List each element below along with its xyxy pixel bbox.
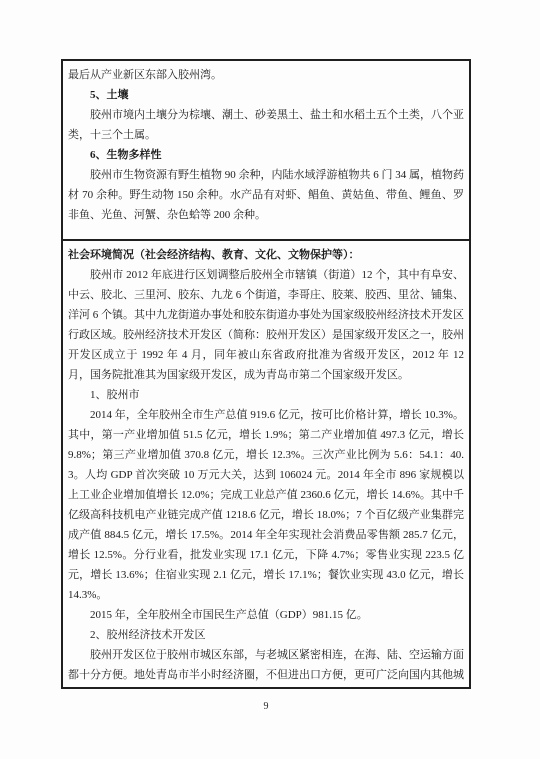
paragraph: 2014 年，全年胶州全市生产总值 919.6 亿元，按可比价格计算，增长 10…: [68, 405, 464, 605]
paragraph: 胶州市 2012 年底进行区划调整后胶州全市辖镇（街道）12 个，其中有阜安、中…: [68, 265, 464, 385]
paragraph: 最后从产业新区东部入胶州湾。: [68, 65, 464, 85]
paragraph: 2015 年，全年胶州全市国民生产总值（GDP）981.15 亿。: [68, 605, 464, 625]
paragraph: 胶州开发区位于胶州市城区东部，与老城区紧密相连，在海、陆、空运输方面都十分方便。…: [68, 645, 464, 687]
section-heading: 6、生物多样性: [68, 145, 464, 165]
page-number: 9: [61, 700, 471, 714]
natural-environment-cell: 最后从产业新区东部入胶州湾。5、土壤胶州市境内土壤分为棕壤、潮土、砂姜黑土、盐土…: [63, 61, 469, 241]
paragraph: 胶州市境内土壤分为棕壤、潮土、砂姜黑土、盐土和水稻土五个土类，八个亚类，十三个土…: [68, 105, 464, 145]
paragraph: 胶州市生物资源有野生植物 90 余种，内陆水域浮游植物共 6 门 34 属，植物…: [68, 165, 464, 225]
section-heading: 5、土壤: [68, 85, 464, 105]
section-title: 社会环境简况（社会经济结构、教育、文化、文物保护等）：: [68, 245, 464, 265]
paragraph: 2、胶州经济技术开发区: [68, 625, 464, 645]
social-environment-cell: 社会环境简况（社会经济结构、教育、文化、文物保护等）：胶州市 2012 年底进行…: [63, 241, 469, 687]
paragraph: 1、胶州市: [68, 385, 464, 405]
report-form-table: 最后从产业新区东部入胶州湾。5、土壤胶州市境内土壤分为棕壤、潮土、砂姜黑土、盐土…: [61, 59, 471, 689]
document-page: 最后从产业新区东部入胶州湾。5、土壤胶州市境内土壤分为棕壤、潮土、砂姜黑土、盐土…: [0, 0, 540, 759]
